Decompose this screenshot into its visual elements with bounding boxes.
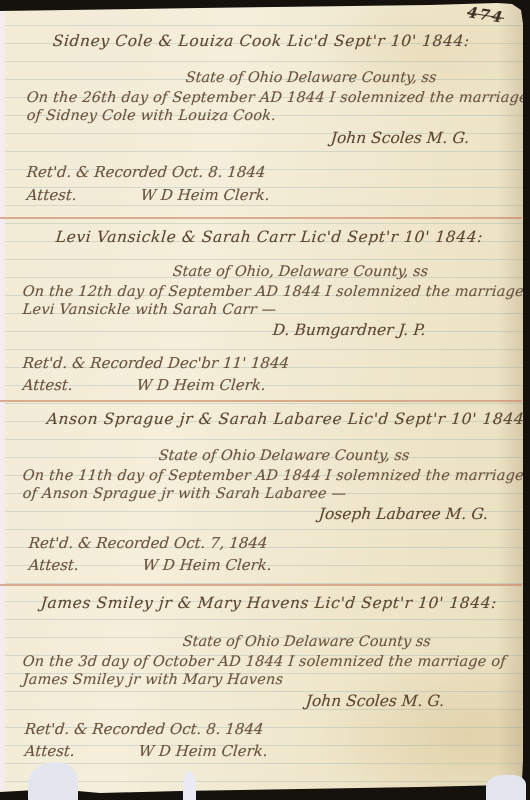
- recorded-line: Ret'd. & Recorded Oct. 8. 1844: [26, 163, 266, 181]
- torn-paper-patch: [28, 762, 78, 800]
- ledger-page-scan: 474 Sidney Cole & Louiza Cook Lic'd Sept…: [0, 0, 530, 800]
- attest-label: Attest.: [24, 742, 76, 760]
- solemnization-line-2: of Anson Sprague jr with Sarah Labaree —: [22, 486, 347, 502]
- entry-header: Sidney Cole & Louiza Cook Lic'd Sept'r 1…: [52, 32, 471, 50]
- ledger-paper: 474 Sidney Cole & Louiza Cook Lic'd Sept…: [0, 0, 530, 800]
- solemnization-line-1: On the 26th day of September AD 1844 I s…: [26, 90, 529, 106]
- clerk-signature: W D Heim Clerk.: [140, 186, 270, 204]
- entry-header: Anson Sprague jr & Sarah Labaree Lic'd S…: [46, 410, 530, 428]
- entry-header: Levi Vansickle & Sarah Carr Lic'd Sept'r…: [55, 228, 484, 246]
- torn-paper-patch: [183, 771, 196, 800]
- recorded-line: Ret'd. & Recorded Oct. 7, 1844: [28, 534, 268, 552]
- recorded-line: Ret'd. & Recorded Oct. 8. 1844: [24, 720, 264, 738]
- state-county-line: State of Ohio Delaware County ss: [182, 634, 431, 650]
- attest-label: Attest.: [26, 186, 78, 204]
- officiant-signature: John Scoles M. G.: [330, 129, 470, 147]
- solemnization-line-1: On the 12th day of September AD 1844 I s…: [22, 284, 530, 300]
- marriage-entry: Levi Vansickle & Sarah Carr Lic'd Sept'r…: [0, 226, 530, 416]
- solemnization-line-2: James Smiley jr with Mary Havens: [22, 672, 284, 688]
- clerk-signature: W D Heim Clerk.: [138, 742, 268, 760]
- solemnization-line-1: On the 11th day of September AD 1844 I s…: [22, 468, 525, 484]
- marriage-entry: James Smiley jr & Mary Havens Lic'd Sept…: [0, 592, 530, 782]
- solemnization-line-1: On the 3d day of October AD 1844 I solem…: [22, 654, 507, 670]
- entry-header: James Smiley jr & Mary Havens Lic'd Sept…: [40, 594, 498, 612]
- attest-label: Attest.: [28, 556, 80, 574]
- clerk-signature: W D Heim Clerk.: [136, 376, 266, 394]
- solemnization-line-2: of Sidney Cole with Louiza Cook.: [26, 108, 277, 124]
- marriage-entry: Anson Sprague jr & Sarah Labaree Lic'd S…: [0, 408, 530, 598]
- attest-label: Attest.: [22, 376, 74, 394]
- solemnization-line-2: Levi Vansickle with Sarah Carr —: [22, 302, 277, 318]
- officiant-signature: Joseph Labaree M. G.: [318, 505, 489, 523]
- clerk-signature: W D Heim Clerk.: [142, 556, 272, 574]
- officiant-signature: D. Bumgardner J. P.: [272, 321, 426, 339]
- recorded-line: Ret'd. & Recorded Dec'br 11' 1844: [22, 354, 290, 372]
- marriage-entry: Sidney Cole & Louiza Cook Lic'd Sept'r 1…: [0, 32, 530, 222]
- state-county-line: State of Ohio, Delaware County, ss: [172, 264, 429, 280]
- state-county-line: State of Ohio Delaware County, ss: [158, 448, 410, 464]
- state-county-line: State of Ohio Delaware County, ss: [185, 70, 437, 86]
- torn-paper-patch: [486, 775, 526, 800]
- officiant-signature: John Scoles M. G.: [305, 692, 445, 710]
